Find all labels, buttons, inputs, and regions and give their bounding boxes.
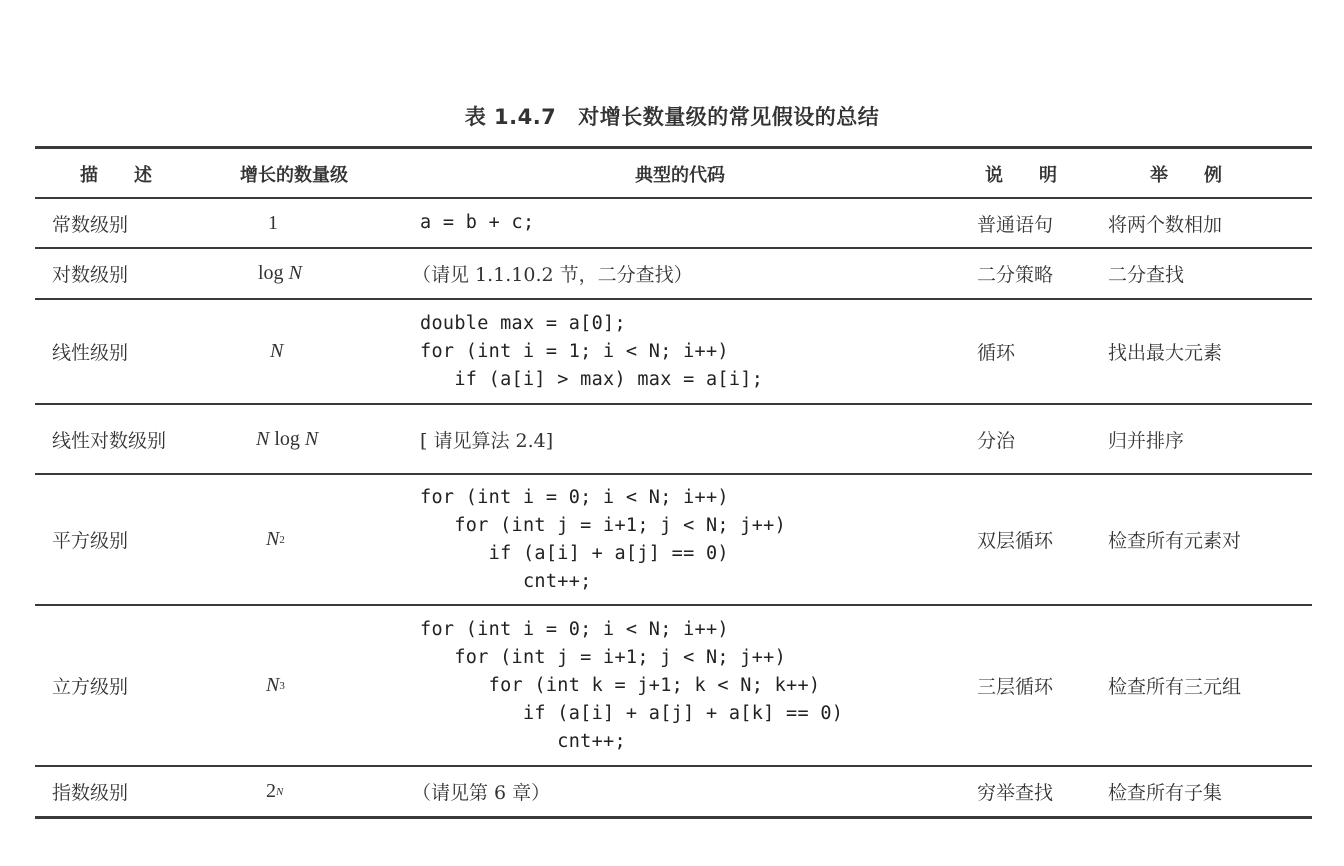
row-order: 2N xyxy=(266,767,283,816)
row-description: 平方级别 xyxy=(52,475,128,604)
order-value: N xyxy=(270,340,283,363)
row-code: a = b + c; xyxy=(420,199,534,247)
row-order: 1 xyxy=(268,199,278,247)
row-order: N2 xyxy=(266,475,285,604)
row-explanation: 普通语句 xyxy=(977,199,1053,247)
row-example: 找出最大元素 xyxy=(1108,300,1222,403)
row-explanation: 穷举查找 xyxy=(977,767,1053,816)
row-order: N log N xyxy=(256,405,318,473)
table-number: 表 1.4.7 xyxy=(465,105,557,129)
row-description: 立方级别 xyxy=(52,606,128,765)
header-example: 举 例 xyxy=(1150,150,1222,197)
table-caption: 表 1.4.7对增长数量级的常见假设的总结 xyxy=(0,101,1344,131)
row-example: 检查所有元素对 xyxy=(1108,475,1241,604)
row-code: [ 请见算法 2.4] xyxy=(420,405,553,473)
header-code: 典型的代码 xyxy=(410,150,950,197)
row-explanation: 三层循环 xyxy=(977,606,1053,765)
row-example: 检查所有三元组 xyxy=(1108,606,1241,765)
table-title: 对增长数量级的常见假设的总结 xyxy=(578,105,879,129)
row-code: double max = a[0]; for (int i = 1; i < N… xyxy=(420,300,763,403)
header-explanation: 说 明 xyxy=(985,150,1057,197)
header-order: 增长的数量级 xyxy=(240,150,348,197)
row-description: 对数级别 xyxy=(52,249,128,298)
order-exponent: 3 xyxy=(279,680,285,692)
order-base: N xyxy=(266,528,279,551)
row-description: 指数级别 xyxy=(52,767,128,816)
order-base: N xyxy=(266,674,279,697)
row-explanation: 分治 xyxy=(977,405,1015,473)
row-description: 线性级别 xyxy=(52,300,128,403)
bottom-rule xyxy=(35,816,1312,819)
row-order: N xyxy=(270,300,283,403)
row-code: for (int i = 0; i < N; i++) for (int j =… xyxy=(420,606,843,765)
row-explanation: 循环 xyxy=(977,300,1015,403)
row-example: 二分查找 xyxy=(1108,249,1184,298)
row-example: 将两个数相加 xyxy=(1108,199,1222,247)
row-explanation: 双层循环 xyxy=(977,475,1053,604)
order-base: 2 xyxy=(266,780,276,803)
row-description: 常数级别 xyxy=(52,199,128,247)
top-rule xyxy=(35,146,1312,149)
row-code: for (int i = 0; i < N; i++) for (int j =… xyxy=(420,475,786,604)
order-value: 1 xyxy=(268,212,278,235)
row-order: N3 xyxy=(266,606,285,765)
row-example: 检查所有子集 xyxy=(1108,767,1222,816)
row-code: （请见第 6 章） xyxy=(412,767,550,816)
row-explanation: 二分策略 xyxy=(977,249,1053,298)
order-exponent: 2 xyxy=(279,534,285,546)
order-exponent: N xyxy=(276,786,283,798)
row-code: （请见 1.1.10.2 节，二分查找） xyxy=(412,249,693,298)
header-description: 描 述 xyxy=(80,150,152,197)
row-example: 归并排序 xyxy=(1108,405,1184,473)
row-order: log N xyxy=(258,249,302,298)
row-description: 线性对数级别 xyxy=(52,405,166,473)
